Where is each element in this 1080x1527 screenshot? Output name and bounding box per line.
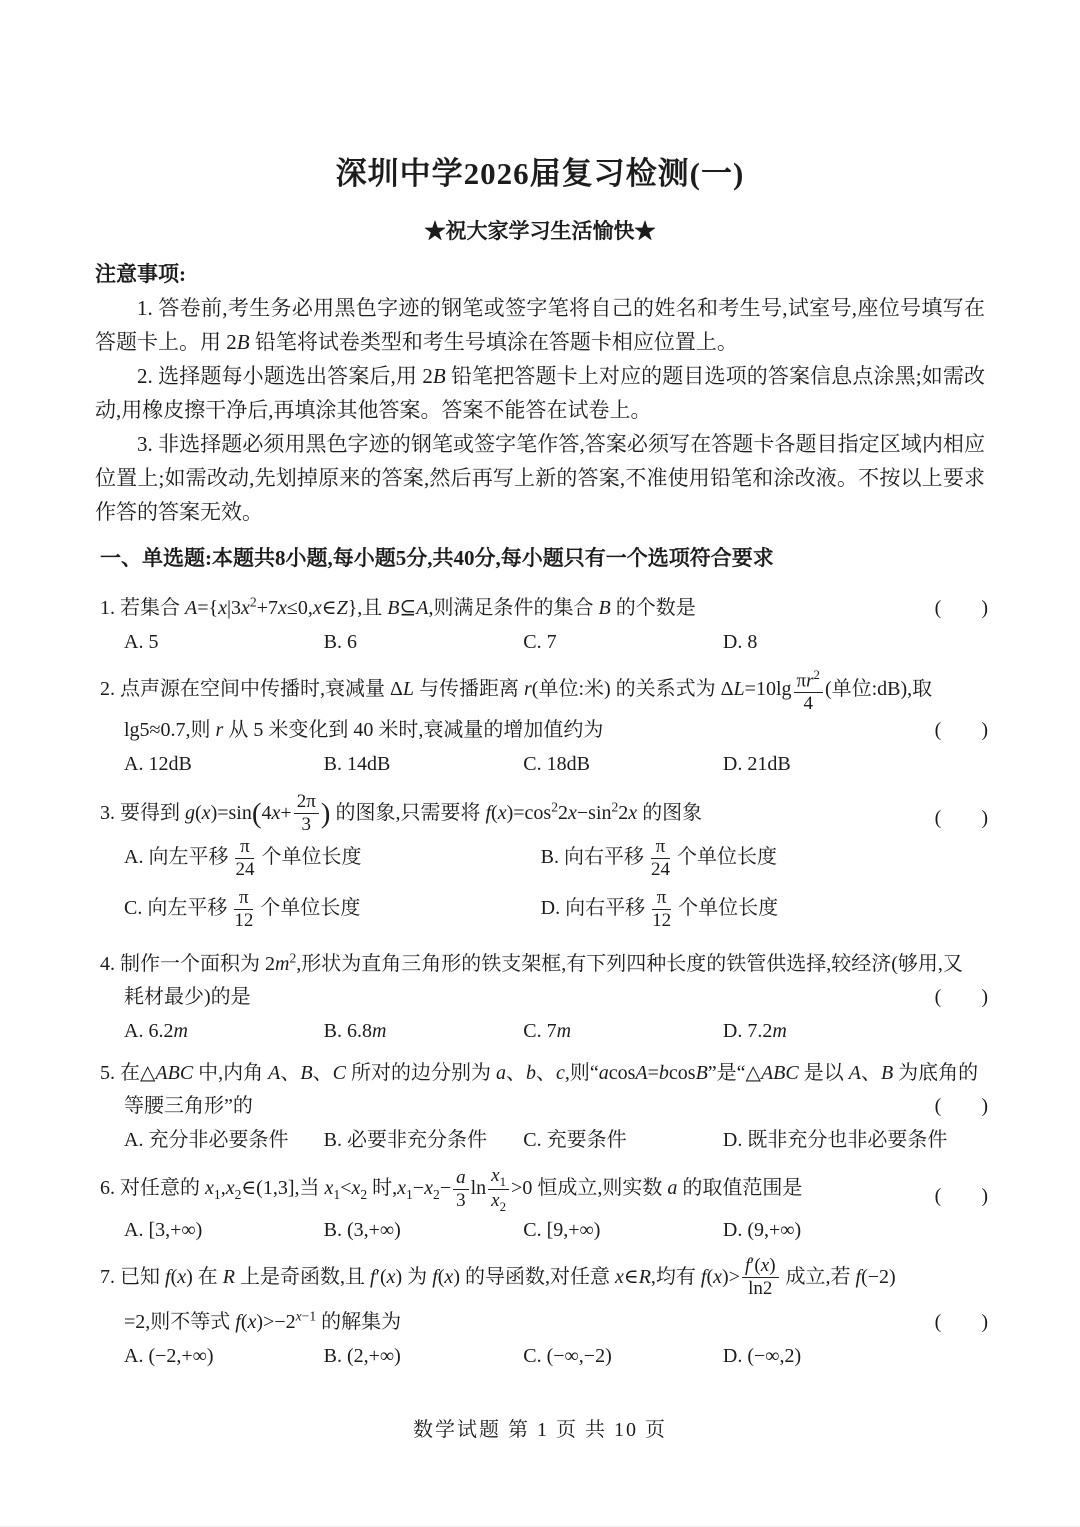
answer-bracket: ( )	[935, 1180, 988, 1213]
question-5-line-1: 5. 在△ABC 中,内角 A、B、C 所对的边分别为 a、b、c,则“acos…	[100, 1057, 992, 1090]
question-6-option-C: C. [9,+∞)	[523, 1215, 723, 1246]
question-3-option-C: C. 向左平移 π12 个单位长度	[124, 888, 541, 931]
question-1-option-A: A. 5	[124, 627, 324, 658]
question-7-options: A. (−2,+∞)B. (2,+∞)C. (−∞,−2)D. (−∞,2)	[124, 1341, 992, 1372]
question-1-option-C: C. 7	[523, 627, 723, 658]
question-text: 5. 在△ABC 中,内角 A、B、C 所对的边分别为 a、b、c,则“acos…	[100, 1062, 978, 1084]
question-4-option-B: B. 6.8m	[324, 1016, 524, 1047]
question-7-line-1: 7. 已知 f(x) 在 R 上是奇函数,且 f′(x) 为 f(x) 的导函数…	[100, 1256, 992, 1299]
question-7-option-D: D. (−∞,2)	[723, 1341, 992, 1372]
question-7-option-B: B. (2,+∞)	[324, 1341, 524, 1372]
exam-page: 深圳中学2026届复习检测(一) ★祝大家学习生活愉快★ 注意事项: 1. 答卷…	[0, 0, 1080, 1527]
question-4-option-D: D. 7.2m	[723, 1016, 992, 1047]
question-3-options: A. 向左平移 π24 个单位长度B. 向右平移 π24 个单位长度C. 向左平…	[124, 837, 992, 931]
question-3-option-D: D. 向右平移 π12 个单位长度	[541, 888, 992, 931]
question-5-option-B: B. 必要非充分条件	[324, 1125, 524, 1156]
answer-bracket: ( )	[935, 981, 988, 1014]
answer-bracket: ( )	[935, 714, 988, 747]
question-4-option-A: A. 6.2m	[124, 1016, 324, 1047]
question-4-line-2: 耗材最少)的是( )	[124, 981, 992, 1014]
question-2-line-1: 2. 点声源在空间中传播时,衰减量 ΔL 与传播距离 r(单位:米) 的关系式为…	[100, 668, 992, 714]
question-1-option-B: B. 6	[324, 627, 524, 658]
question-7-option-C: C. (−∞,−2)	[523, 1341, 723, 1372]
question-3: 3. 要得到 g(x)=sin(4x+2π3) 的图象,只需要将 f(x)=co…	[100, 790, 992, 931]
page-subtitle: ★祝大家学习生活愉快★	[0, 215, 1080, 245]
question-4: 4. 制作一个面积为 2m2,形状为直角三角形的铁支架框,有下列四种长度的铁管供…	[100, 941, 992, 1047]
question-6-options: A. [3,+∞)B. (3,+∞)C. [9,+∞)D. (9,+∞)	[124, 1215, 992, 1246]
question-4-line-1: 4. 制作一个面积为 2m2,形状为直角三角形的铁支架框,有下列四种长度的铁管供…	[100, 941, 992, 981]
question-2-option-B: B. 14dB	[324, 749, 524, 780]
question-1-line-1: 1. 若集合 A={x|3x2+7x≤0,x∈Z},且 B⊆A,则满足条件的集合…	[100, 585, 992, 625]
question-text: lg5≈0.7,则 r 从 5 米变化到 40 米时,衰减量的增加值约为	[124, 719, 603, 741]
notes-section: 注意事项: 1. 答卷前,考生务必用黑色字迹的钢笔或签字笔将自己的姓名和考生号,…	[95, 257, 985, 529]
page-title: 深圳中学2026届复习检测(一)	[0, 0, 1080, 193]
question-2-option-A: A. 12dB	[124, 749, 324, 780]
note-item-2: 2. 选择题每小题选出答案后,用 2B 铅笔把答题卡上对应的题目选项的答案信息点…	[95, 359, 985, 427]
question-text: 2. 点声源在空间中传播时,衰减量 ΔL 与传播距离 r(单位:米) 的关系式为…	[100, 678, 932, 700]
question-5-option-A: A. 充分非必要条件	[124, 1125, 324, 1156]
question-text: 1. 若集合 A={x|3x2+7x≤0,x∈Z},且 B⊆A,则满足条件的集合…	[100, 597, 696, 619]
question-4-option-C: C. 7m	[523, 1016, 723, 1047]
question-text: 耗材最少)的是	[124, 986, 251, 1008]
question-5: 5. 在△ABC 中,内角 A、B、C 所对的边分别为 a、b、c,则“acos…	[100, 1057, 992, 1156]
question-2-line-2: lg5≈0.7,则 r 从 5 米变化到 40 米时,衰减量的增加值约为( )	[124, 714, 992, 747]
question-5-options: A. 充分非必要条件B. 必要非充分条件C. 充要条件D. 既非充分也非必要条件	[124, 1125, 992, 1156]
question-text: 等腰三角形”的	[124, 1095, 253, 1117]
question-2-option-C: C. 18dB	[523, 749, 723, 780]
answer-bracket: ( )	[935, 1306, 988, 1339]
question-1-option-D: D. 8	[723, 627, 992, 658]
question-5-option-D: D. 既非充分也非必要条件	[723, 1125, 992, 1156]
question-3-option-A: A. 向左平移 π24 个单位长度	[124, 837, 541, 880]
question-text: 7. 已知 f(x) 在 R 上是奇函数,且 f′(x) 为 f(x) 的导函数…	[100, 1266, 896, 1288]
note-item-1: 1. 答卷前,考生务必用黑色字迹的钢笔或签字笔将自己的姓名和考生号,试室号,座位…	[95, 291, 985, 359]
question-6-option-B: B. (3,+∞)	[324, 1215, 524, 1246]
question-text: =2,则不等式 f(x)>−2x−1 的解集为	[124, 1311, 401, 1333]
question-5-option-C: C. 充要条件	[523, 1125, 723, 1156]
notes-heading: 注意事项:	[95, 257, 985, 291]
question-5-line-2: 等腰三角形”的( )	[124, 1090, 992, 1123]
question-1-options: A. 5B. 6C. 7D. 8	[124, 627, 992, 658]
questions: 1. 若集合 A={x|3x2+7x≤0,x∈Z},且 B⊆A,则满足条件的集合…	[100, 585, 992, 1372]
question-1: 1. 若集合 A={x|3x2+7x≤0,x∈Z},且 B⊆A,则满足条件的集合…	[100, 585, 992, 658]
question-3-line-1: 3. 要得到 g(x)=sin(4x+2π3) 的图象,只需要将 f(x)=co…	[100, 790, 992, 836]
question-7-option-A: A. (−2,+∞)	[124, 1341, 324, 1372]
question-6-line-1: 6. 对任意的 x1,x2∈(1,3],当 x1<x2 时,x1−x2−a3ln…	[100, 1166, 992, 1214]
question-2-option-D: D. 21dB	[723, 749, 992, 780]
answer-bracket: ( )	[935, 592, 988, 625]
page-footer: 数学试题 第 1 页 共 10 页	[0, 1413, 1080, 1442]
question-6: 6. 对任意的 x1,x2∈(1,3],当 x1<x2 时,x1−x2−a3ln…	[100, 1166, 992, 1247]
question-2: 2. 点声源在空间中传播时,衰减量 ΔL 与传播距离 r(单位:米) 的关系式为…	[100, 668, 992, 780]
question-text: 3. 要得到 g(x)=sin(4x+2π3) 的图象,只需要将 f(x)=co…	[100, 802, 702, 824]
section-heading: 一、单选题:本题共8小题,每小题5分,共40分,每小题只有一个选项符合要求	[100, 541, 985, 575]
answer-bracket: ( )	[935, 1090, 988, 1123]
question-text: 6. 对任意的 x1,x2∈(1,3],当 x1<x2 时,x1−x2−a3ln…	[100, 1177, 802, 1199]
question-3-option-B: B. 向右平移 π24 个单位长度	[541, 837, 992, 880]
question-7-line-2: =2,则不等式 f(x)>−2x−1 的解集为( )	[124, 1299, 992, 1339]
note-item-3: 3. 非选择题必须用黑色字迹的钢笔或签字笔作答,答案必须写在答题卡各题目指定区域…	[95, 427, 985, 529]
question-6-option-D: D. (9,+∞)	[723, 1215, 992, 1246]
question-2-options: A. 12dBB. 14dBC. 18dBD. 21dB	[124, 749, 992, 780]
answer-bracket: ( )	[935, 802, 988, 835]
question-4-options: A. 6.2mB. 6.8mC. 7mD. 7.2m	[124, 1016, 992, 1047]
question-7: 7. 已知 f(x) 在 R 上是奇函数,且 f′(x) 为 f(x) 的导函数…	[100, 1256, 992, 1372]
question-text: 4. 制作一个面积为 2m2,形状为直角三角形的铁支架框,有下列四种长度的铁管供…	[100, 953, 963, 975]
question-6-option-A: A. [3,+∞)	[124, 1215, 324, 1246]
